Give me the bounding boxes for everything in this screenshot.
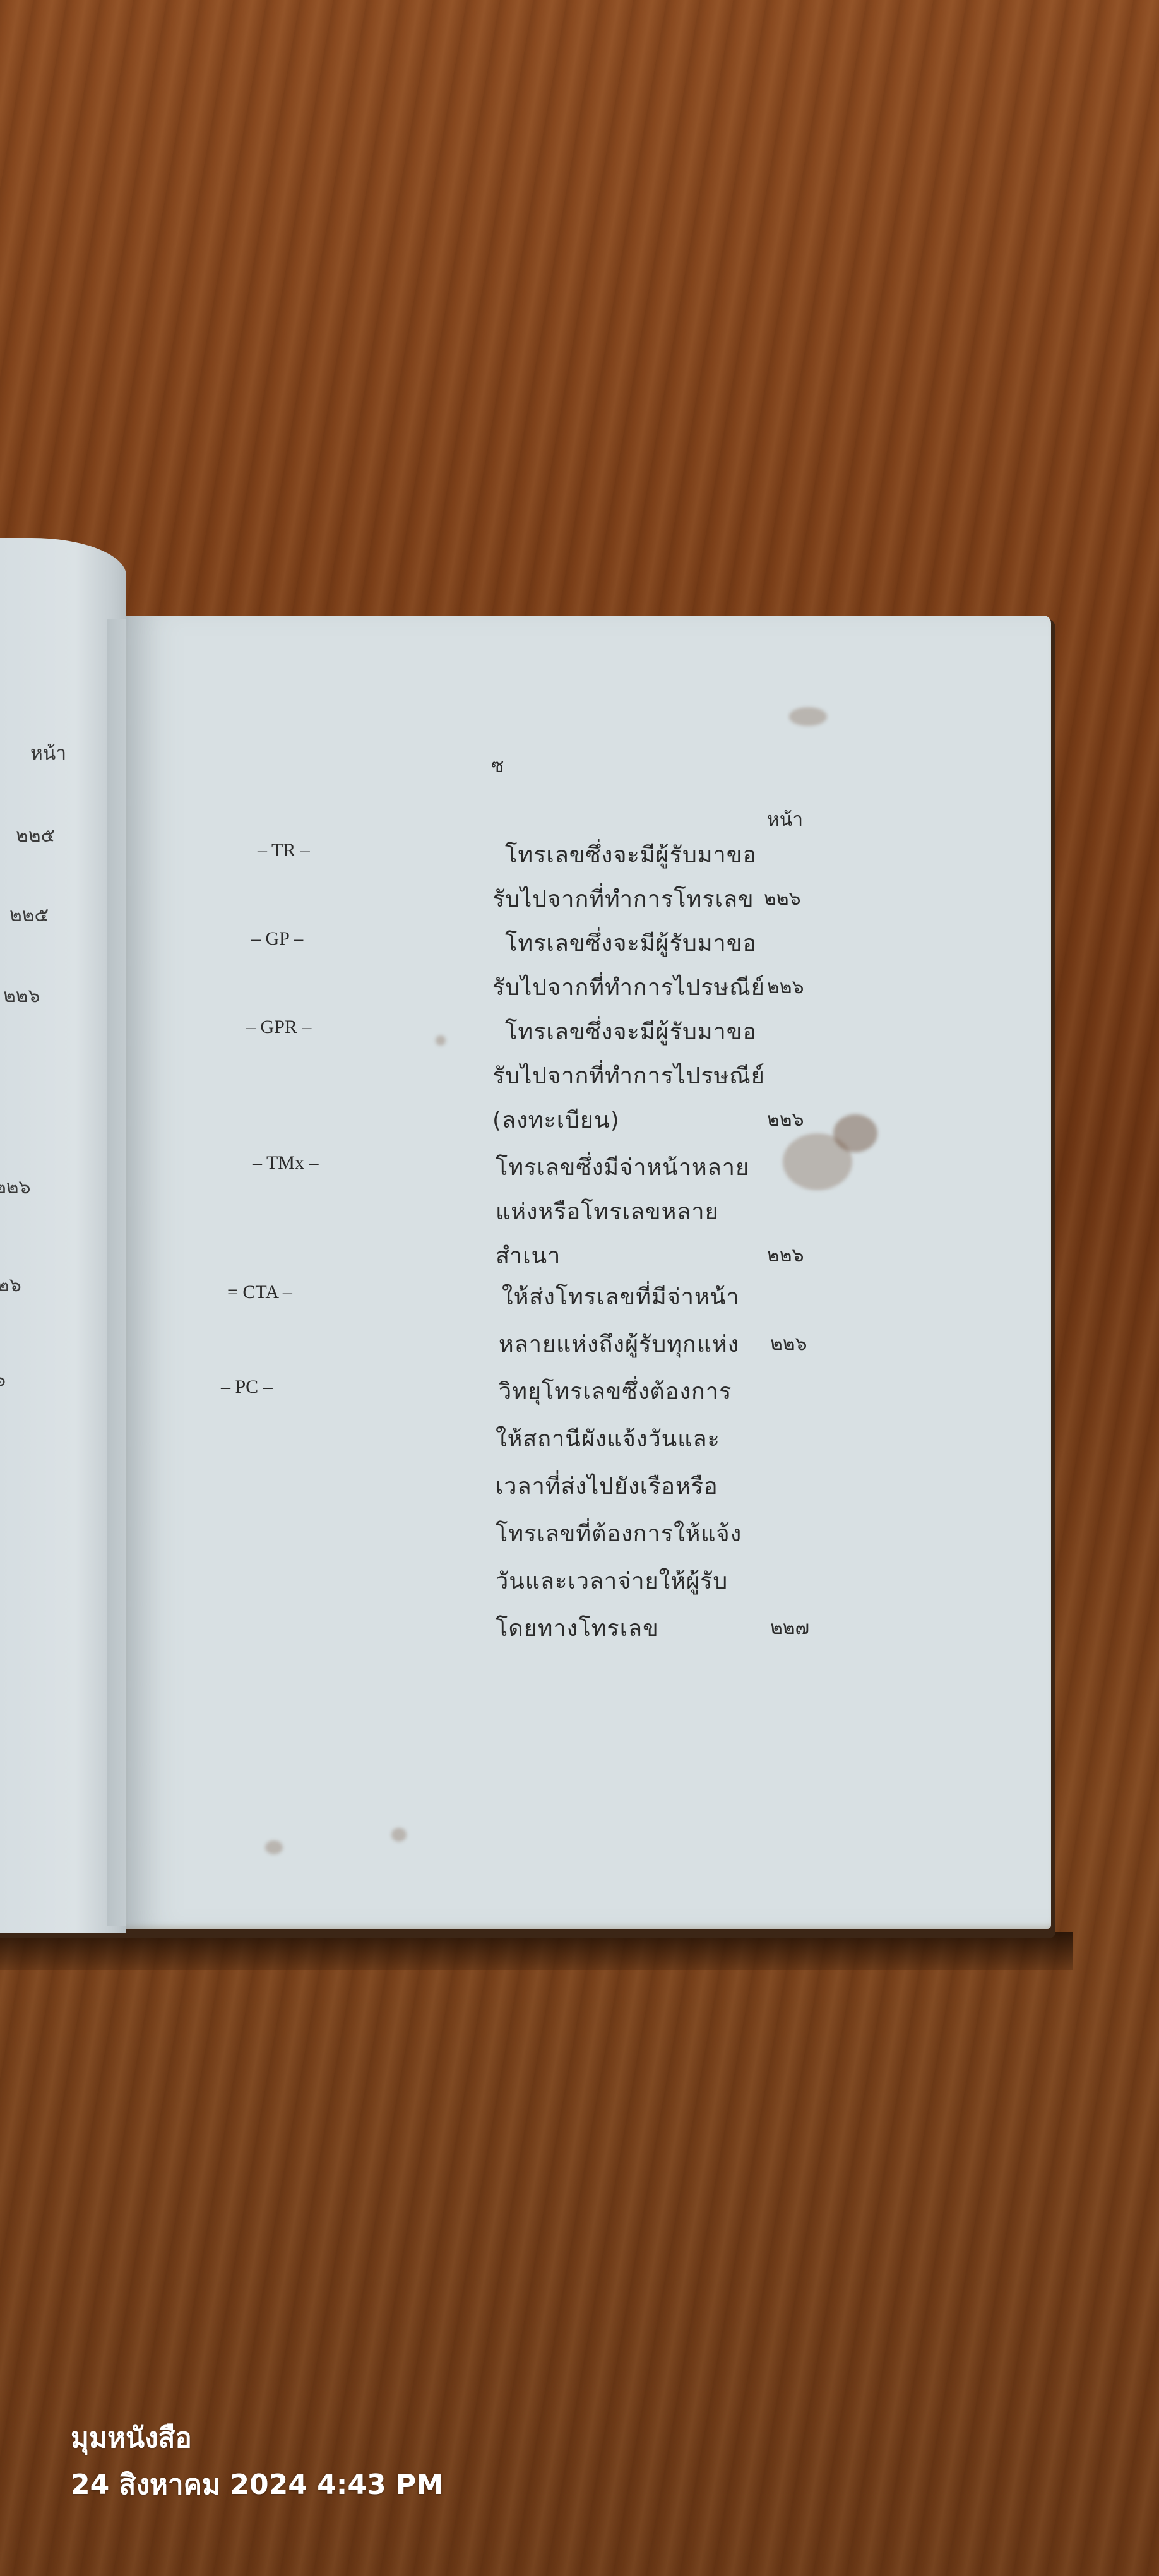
entry-page-number: ๒๒๖ [764, 884, 801, 914]
entry-code: – TMx – [253, 1152, 318, 1174]
left-page-number: ๒๒๕ [16, 821, 55, 850]
entry-page-number: ๒๒๖ [767, 1105, 804, 1135]
entry-line: โดยทางโทรเลข [496, 1610, 659, 1646]
page-column-header: หน้า [767, 805, 803, 835]
entry-code: – PC – [221, 1376, 273, 1398]
entry-line: (ลงทะเบียน) [492, 1102, 620, 1138]
entry-line: หลายแห่งถึงผู้รับทุกแห่ง [499, 1326, 739, 1362]
entry-line: วิทยุโทรเลขซึ่งต้องการ [499, 1373, 732, 1409]
entry-page-number: ๒๒๖ [770, 1329, 807, 1359]
right-page: ซ หน้า – TR – โทรเลขซึ่งจะมีผู้รับมาขอ ร… [126, 616, 1051, 1929]
section-marker: ซ [491, 751, 504, 781]
entry-line: รับไปจากที่ทำการโทรเลข [492, 881, 754, 917]
entry-code: – GP – [251, 928, 303, 950]
entry-line: ให้สถานีผังแจ้งวันและ [496, 1421, 720, 1457]
entry-line: โทรเลขซึ่งจะมีผู้รับมาขอ [505, 837, 757, 873]
left-page-header: หน้า [30, 739, 66, 768]
entry-page-number: ๒๒๗ [770, 1613, 809, 1643]
entry-line: แห่งหรือโทรเลขหลาย [496, 1193, 719, 1229]
entry-line: โทรเลขซึ่งมีจ่าหน้าหลาย [496, 1149, 749, 1185]
watermark-title: มุมหนังสือ [71, 2416, 192, 2460]
entry-page-number: ๒๒๖ [767, 972, 804, 1002]
page-stain [391, 1828, 407, 1842]
entry-line: โทรเลขที่ต้องการให้แจ้ง [496, 1515, 742, 1551]
entry-line: รับไปจากที่ทำการไปรษณีย์ [492, 1058, 765, 1094]
page-stain [789, 707, 827, 726]
entry-line: เวลาที่ส่งไปยังเรือหรือ [496, 1468, 718, 1504]
entry-line: โทรเลขซึ่งจะมีผู้รับมาขอ [505, 1013, 757, 1049]
page-stain [833, 1114, 877, 1152]
left-page-number: ๒๒๖ [3, 981, 40, 1011]
entry-code: = CTA – [227, 1282, 292, 1303]
entry-line: รับไปจากที่ทำการไปรษณีย์ [492, 969, 765, 1005]
left-page-number: ๖ [0, 1365, 6, 1395]
entry-line: โทรเลขซึ่งจะมีผู้รับมาขอ [505, 925, 757, 961]
page-stain [265, 1840, 283, 1854]
entry-page-number: ๒๒๖ [767, 1241, 804, 1270]
entry-code: – GPR – [246, 1017, 311, 1038]
entry-code: – TR – [258, 840, 310, 861]
left-page-number: ๒๒๕ [9, 900, 49, 930]
left-page-number: ๒๖ [0, 1270, 21, 1300]
entry-line: วันและเวลาจ่ายให้ผู้รับ [496, 1563, 728, 1599]
watermark-timestamp: 24 สิงหาคม 2024 4:43 PM [71, 2462, 444, 2507]
left-page-number: ๒๒๖ [0, 1172, 31, 1202]
page-stain [436, 1035, 446, 1046]
entry-line: ให้ส่งโทรเลขที่มีจ่าหน้า [502, 1279, 740, 1315]
entry-line: สำเนา [496, 1237, 561, 1273]
